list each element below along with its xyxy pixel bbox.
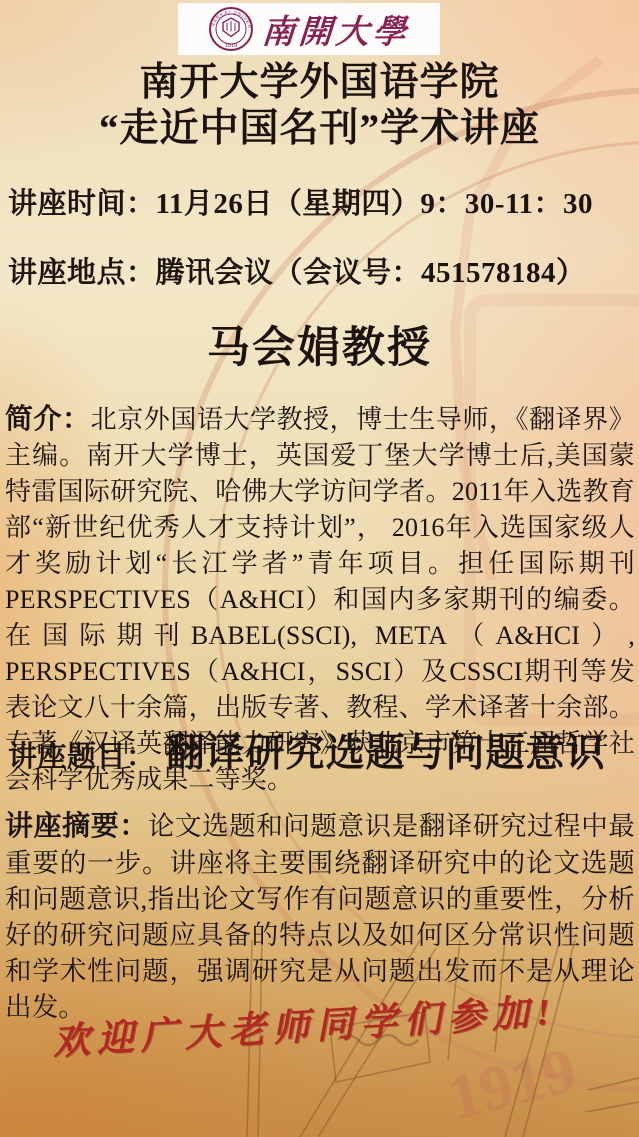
title-line1: 南开大学外国语学院 [0, 60, 639, 106]
topic-title: 翻译研究选题与问题意识 [166, 722, 606, 778]
abstract-label: 讲座摘要： [5, 811, 148, 842]
nankai-seal-icon: NANKAI UNIVERSITY 1919 [208, 6, 254, 52]
venue-value: 腾讯会议（会议号：451578184） [156, 257, 586, 289]
svg-text:1919: 1919 [441, 1034, 582, 1134]
nankai-wordmark: 南開大學 [260, 6, 411, 53]
lecture-venue-row: 讲座地点：腾讯会议（会议号：451578184） [8, 250, 635, 291]
topic-label: 讲座题目： [8, 734, 156, 775]
speaker-name: 马会娟教授 [0, 314, 639, 375]
poster-title: 南开大学外国语学院 “走近中国名刊”学术讲座 [0, 60, 639, 152]
university-logo-box: NANKAI UNIVERSITY 1919 南開大學 [178, 3, 440, 55]
lecture-poster: 1919 NANKAI UNIVERSITY 1919 南開大學 [0, 0, 639, 1137]
seal-year-text: 1919 [225, 43, 237, 49]
title-line2: “走近中国名刊”学术讲座 [0, 106, 639, 152]
time-value: 11月26日（星期四）9：30-11：30 [156, 188, 593, 220]
lecture-time-row: 讲座时间：11月26日（星期四）9：30-11：30 [8, 181, 635, 222]
time-label: 讲座时间： [8, 188, 156, 220]
bio-label: 简介： [5, 404, 91, 435]
venue-label: 讲座地点： [8, 257, 156, 289]
lecture-topic-row: 讲座题目： 翻译研究选题与问题意识 [8, 722, 635, 778]
